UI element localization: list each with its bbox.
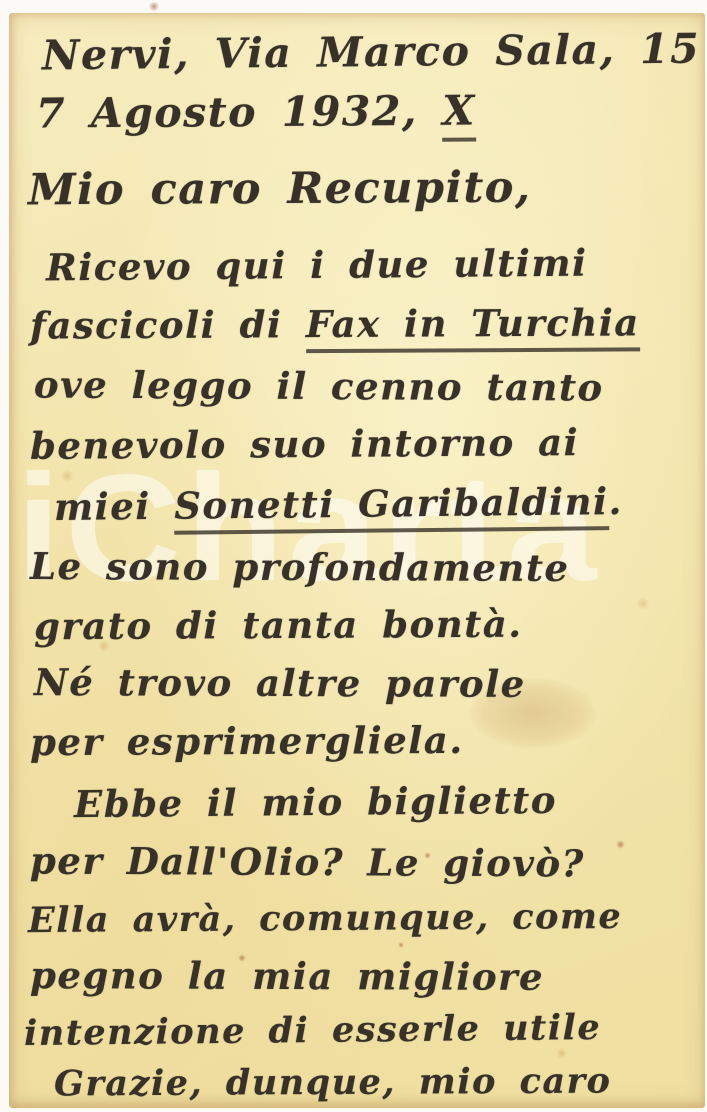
- body-line-journal-title: fascicoli di Fax in Turchia: [30, 300, 640, 347]
- body-line: Ricevo qui i due ultimi: [46, 241, 588, 290]
- body-line: per esprimergliela.: [30, 718, 464, 764]
- journal-title-underlined: Fax in Turchia: [306, 300, 640, 353]
- body-line: Ebbe il mio biglietto: [74, 778, 557, 826]
- body-line: Né trovo altre parole: [34, 660, 526, 706]
- body-line: Ella avrà, comunque, come: [28, 896, 623, 941]
- date-text: 7 Agosto 1932,: [36, 87, 443, 138]
- body-line: intenzione di esserle utile: [24, 1007, 602, 1054]
- body-line-sonetti: miei Sonetti Garibaldini.: [54, 479, 623, 529]
- body-line: pegno la mia migliore: [30, 953, 544, 999]
- body-line: Le sono profondamente: [30, 544, 570, 590]
- salutation-line: Mio caro Recupito,: [28, 163, 532, 216]
- scanned-letter-page: iCharta Nervi, Via Marco Sala, 15 7 Agos…: [0, 0, 707, 1112]
- body-line: per Dall'Olio? Le giovò?: [30, 839, 585, 886]
- body-line: benevolo suo intorno ai: [30, 420, 579, 468]
- address-line: Nervi, Via Marco Sala, 15: [42, 25, 701, 80]
- stain: [148, 2, 160, 11]
- body-line: grato di tanta bontà.: [34, 602, 523, 649]
- sonetti-underlined: Sonetti Garibaldini: [174, 479, 609, 535]
- body-line: ove leggo il cenno tanto: [34, 363, 604, 410]
- closing-line: Grazie, dunque, mio caro: [54, 1061, 612, 1105]
- date-era-underlined: X: [442, 86, 476, 141]
- date-line: 7 Agosto 1932, X: [36, 86, 476, 137]
